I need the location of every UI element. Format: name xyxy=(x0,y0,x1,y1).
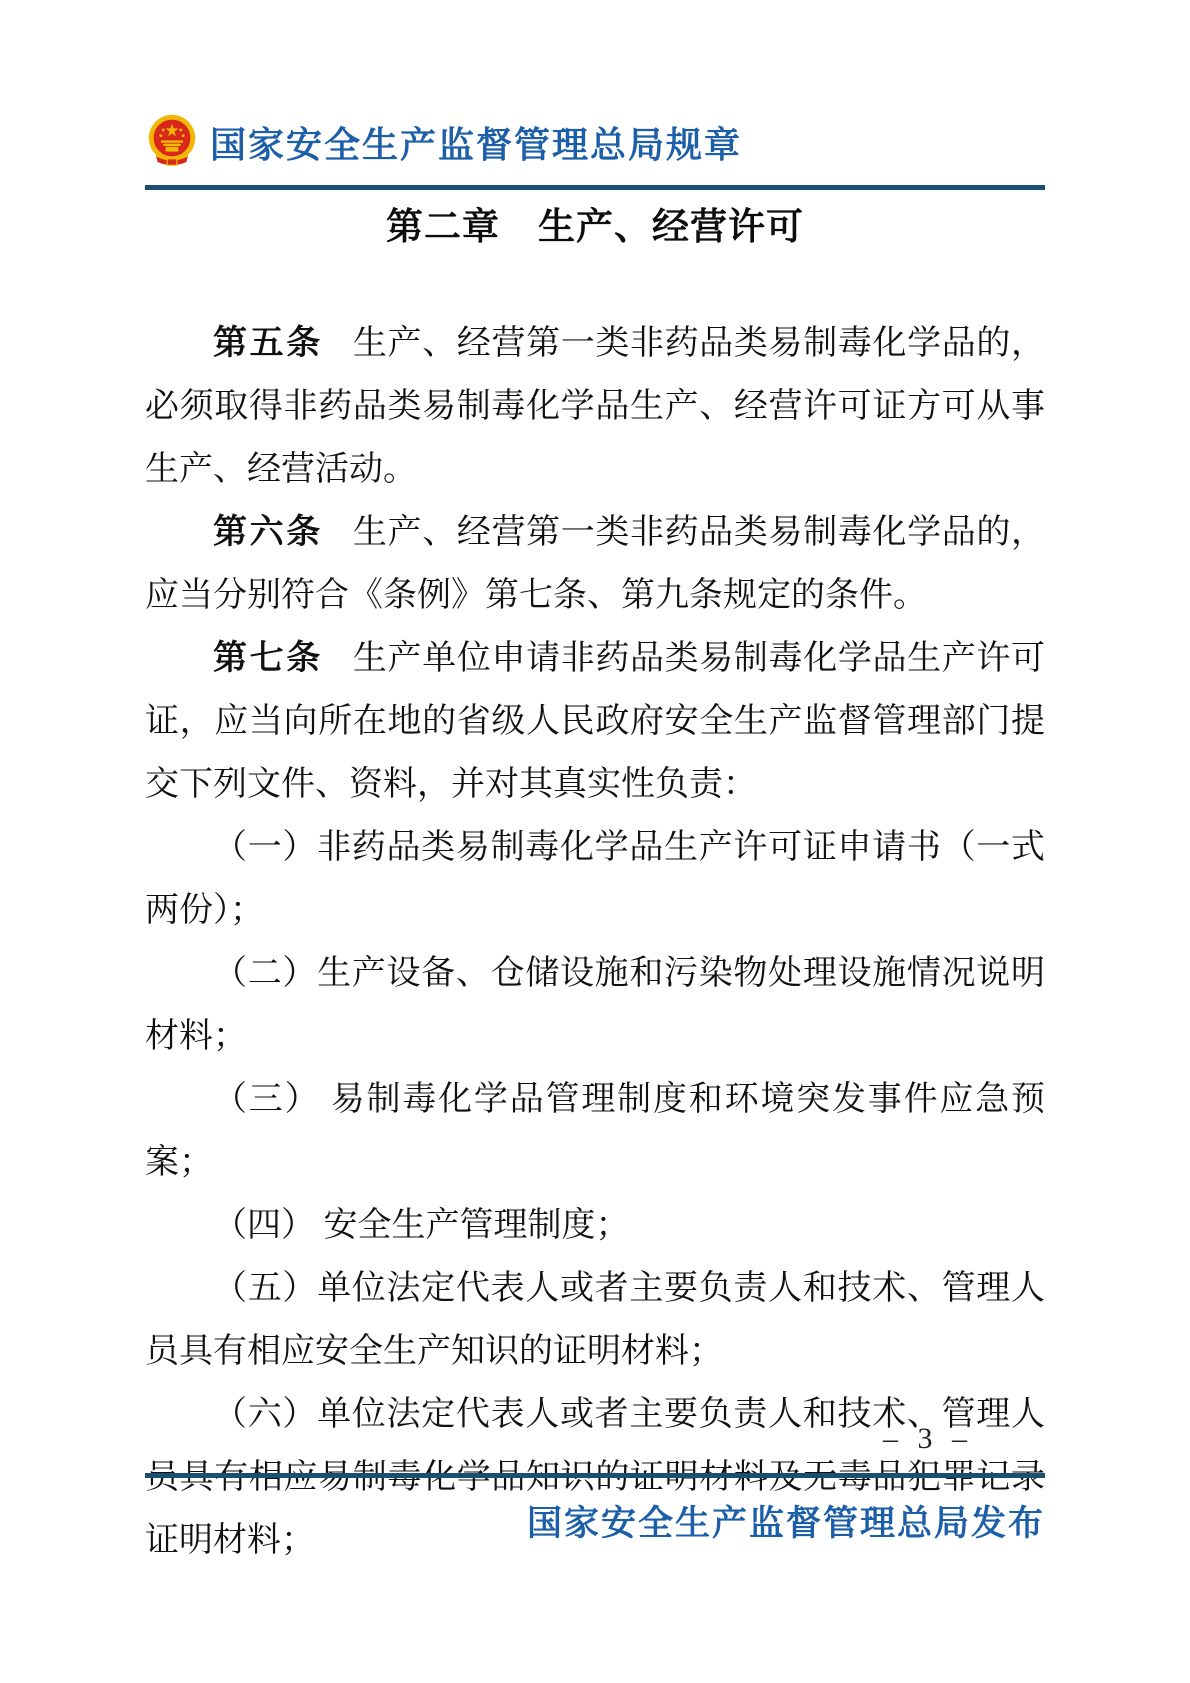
list-item: （三） 易制毒化学品管理制度和环境突发事件应急预案； xyxy=(145,1068,1045,1194)
article-number: 第六条 xyxy=(213,513,323,551)
footer-divider xyxy=(145,1473,1045,1478)
list-item: （五）单位法定代表人或者主要负责人和技术、管理人员具有相应安全生产知识的证明材料… xyxy=(145,1257,1045,1383)
list-item: （四） 安全生产管理制度； xyxy=(145,1194,1045,1257)
header-agency-title: 国家安全生产监督管理总局规章 xyxy=(210,117,742,168)
header-divider xyxy=(145,185,1045,190)
page-number: – 3 – xyxy=(145,1422,1045,1456)
article-paragraph: 第五条生产、经营第一类非药品类易制毒化学品的，必须取得非药品类易制毒化学品生产、… xyxy=(145,312,1045,501)
article-number: 第七条 xyxy=(213,639,323,677)
chapter-heading: 第二章 生产、经营许可 xyxy=(145,196,1045,250)
article-number: 第五条 xyxy=(213,324,323,362)
page-header: 国家安全生产监督管理总局规章 xyxy=(146,114,1046,170)
document-body: 第五条生产、经营第一类非药品类易制毒化学品的，必须取得非药品类易制毒化学品生产、… xyxy=(145,312,1045,1572)
article-paragraph: 第七条生产单位申请非药品类易制毒化学品生产许可证，应当向所在地的省级人民政府安全… xyxy=(145,627,1045,816)
article-paragraph: 第六条生产、经营第一类非药品类易制毒化学品的，应当分别符合《条例》第七条、第九条… xyxy=(145,501,1045,627)
list-item: （二）生产设备、仓储设施和污染物处理设施情况说明材料； xyxy=(145,942,1045,1068)
national-emblem-icon xyxy=(146,114,198,170)
list-item: （一）非药品类易制毒化学品生产许可证申请书（一式两份）； xyxy=(145,816,1045,942)
document-page: 国家安全生产监督管理总局规章 第二章 生产、经营许可 第五条生产、经营第一类非药… xyxy=(0,0,1190,1683)
footer-publisher: 国家安全生产监督管理总局发布 xyxy=(145,1496,1045,1546)
